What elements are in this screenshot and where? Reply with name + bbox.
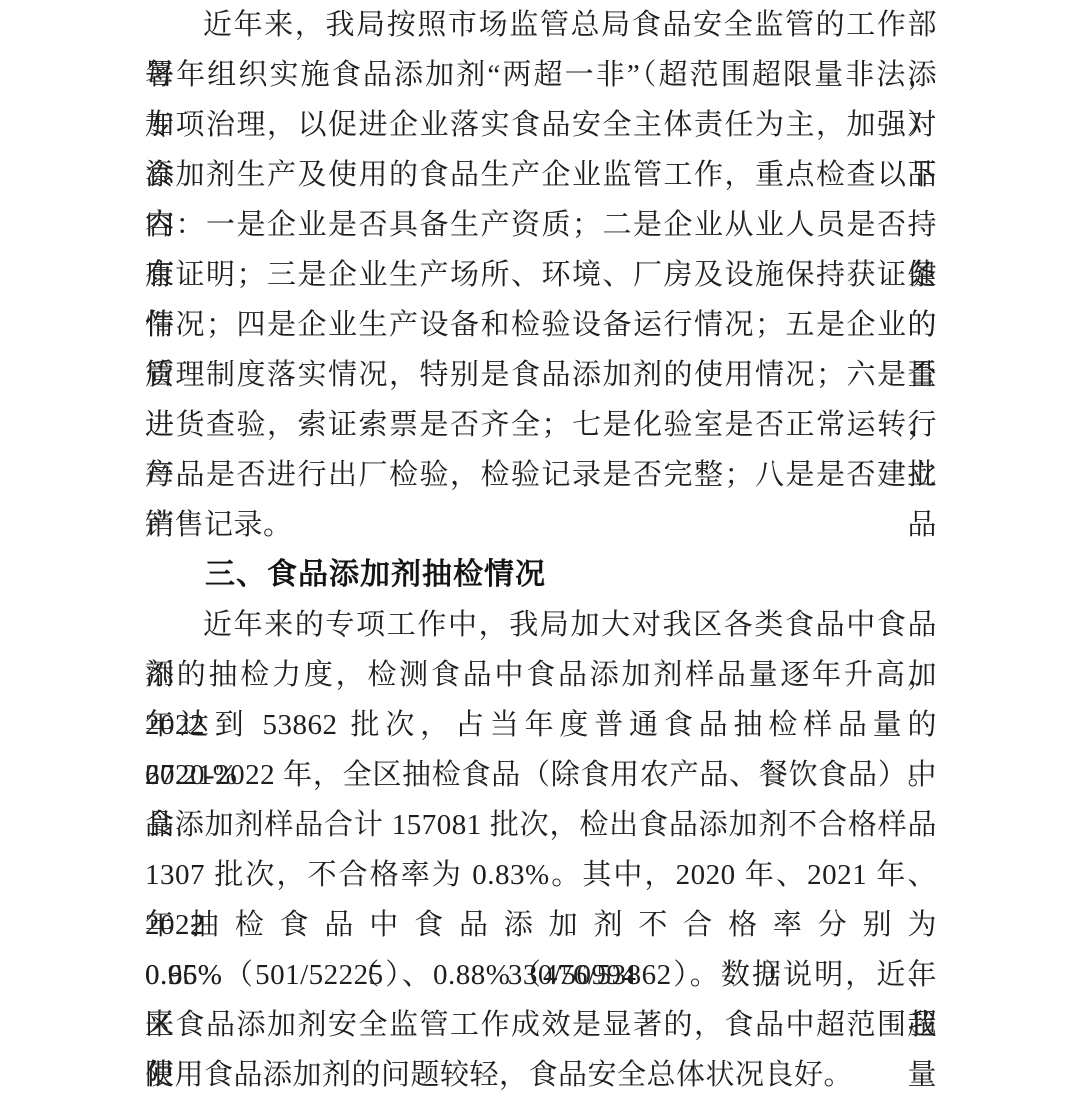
text-line: 近年来，我局按照市场监管总局食品安全监管的工作部署， — [145, 0, 937, 50]
section-heading: 三、食品添加剂抽检情况 — [145, 550, 937, 600]
text-line: 年达到 53862 批次，占当年度普通食品抽检样品量的 67.21%。 — [145, 700, 937, 750]
text-line: 区食品添加剂安全监管工作成效是显著的，食品中超范围超限量 — [145, 1000, 937, 1050]
text-line: 情况；四是企业生产设备和检验设备运行情况；五是企业的质量 — [145, 300, 937, 350]
text-line: 产品是否进行出厂检验，检验记录是否完整；八是是否建立产品 — [145, 450, 937, 500]
text-line: 2020-2022 年，全区抽检食品（除食用农产品、餐饮食品）中食 — [145, 750, 937, 800]
text-line: 品添加剂样品合计 157081 批次，检出食品添加剂不合格样品 — [145, 800, 937, 850]
text-line: 康证明；三是企业生产场所、环境、厂房及设施保持获证条件的 — [145, 250, 937, 300]
text-line: 每年组织实施食品添加剂“两超一非”（超范围超限量非法添加） — [145, 50, 937, 100]
text-line: 0.96%（501/52225）、0.88%（476/53862）。数据说明，近… — [145, 950, 937, 1000]
text-line: 进货查验，索证索票是否齐全；七是化验室是否正常运转，每批 — [145, 400, 937, 450]
text-line: 近年来的专项工作中，我局加大对我区各类食品中食品添加 — [145, 600, 937, 650]
text-line: 剂的抽检力度，检测食品中食品添加剂样品量逐年升高，2022 — [145, 650, 937, 700]
document-text-block: 近年来，我局按照市场监管总局食品安全监管的工作部署， 每年组织实施食品添加剂“两… — [145, 0, 937, 1100]
text-line: 1307 批次，不合格率为 0.83%。其中，2020 年、2021 年、202… — [145, 850, 937, 900]
text-line: 添加剂生产及使用的食品生产企业监管工作，重点检查以下内 — [145, 150, 937, 200]
text-line: 专项治理，以促进企业落实食品安全主体责任为主，加强对食品 — [145, 100, 937, 150]
text-line: 管理制度落实情况，特别是食品添加剂的使用情况；六是否进行 — [145, 350, 937, 400]
text-line: 使用食品添加剂的问题较轻，食品安全总体状况良好。 — [145, 1050, 937, 1100]
text-line: 容：一是企业是否具备生产资质；二是企业从业人员是否持有健 — [145, 200, 937, 250]
document-page: 近年来，我局按照市场监管总局食品安全监管的工作部署， 每年组织实施食品添加剂“两… — [0, 0, 1074, 1104]
text-line: 年抽检食品中食品添加剂不合格率分别为 0.65%（330/50994）、 — [145, 900, 937, 950]
